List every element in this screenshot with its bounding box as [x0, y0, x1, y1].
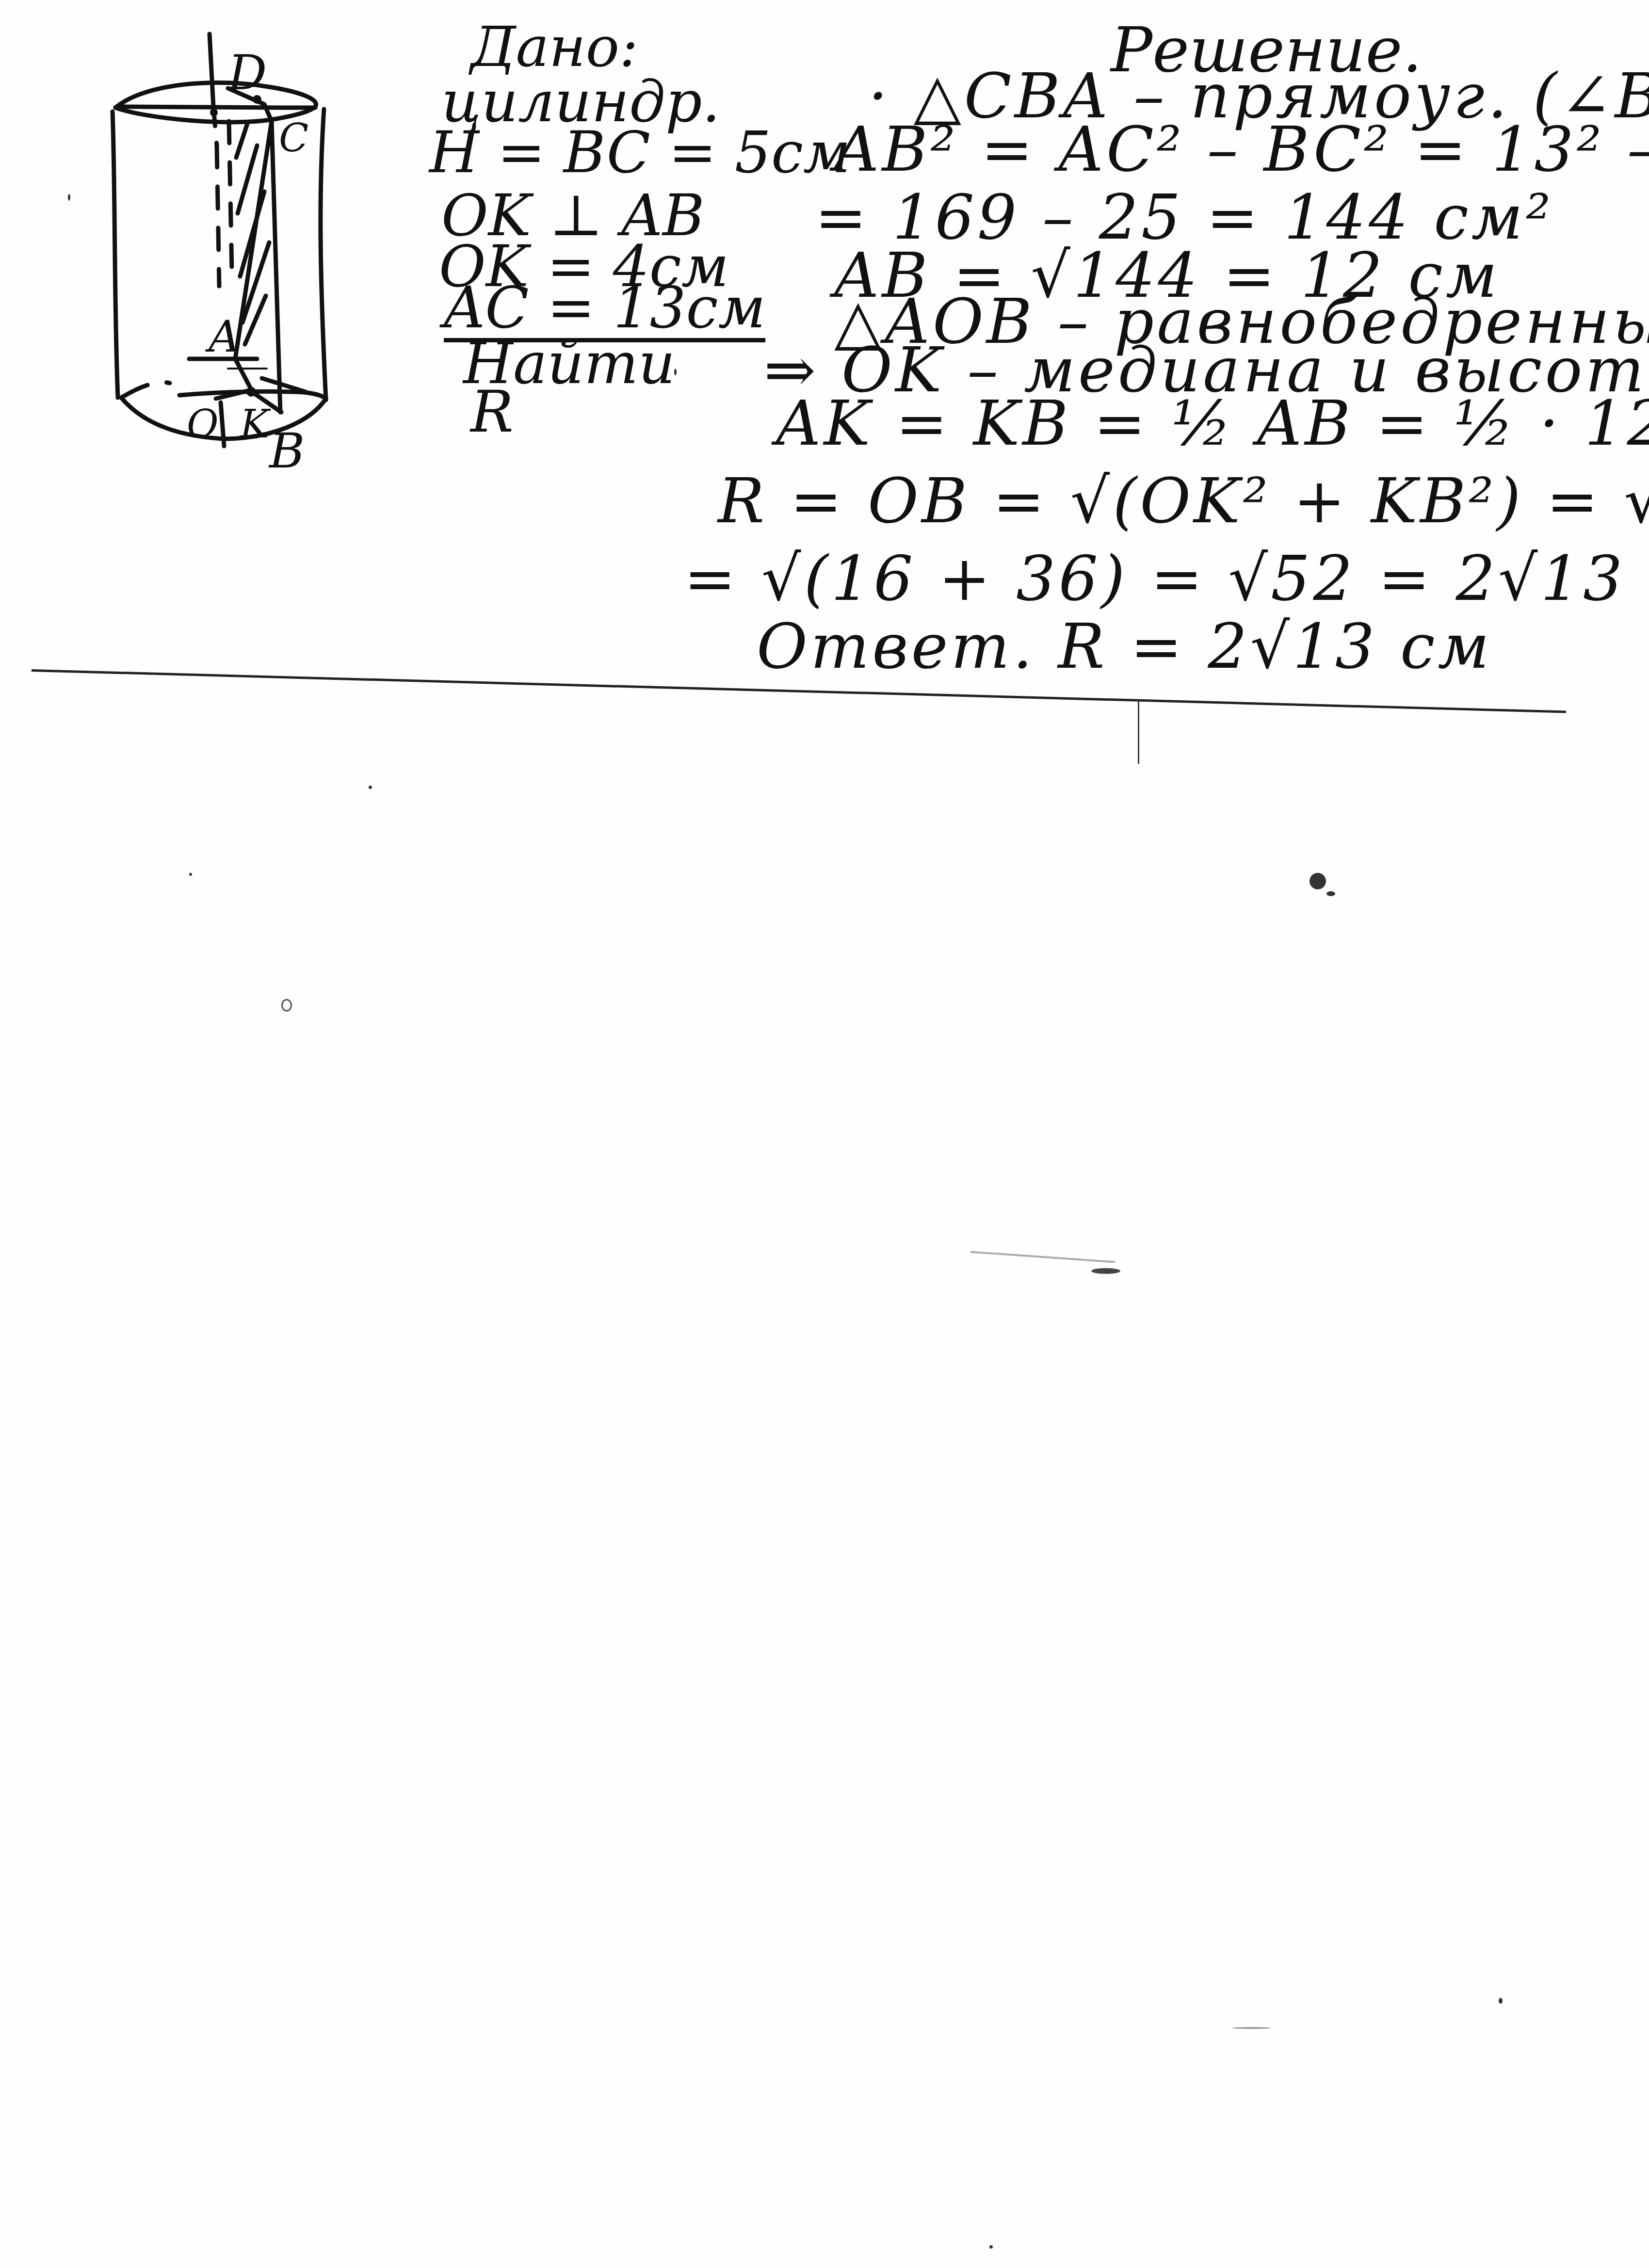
- find-value: R: [470, 383, 514, 440]
- label-k: K: [240, 405, 269, 444]
- scan-speck: [970, 1251, 1115, 1263]
- label-c: C: [279, 119, 308, 158]
- scan-speck: [369, 786, 372, 789]
- solution-line: AK = KB = ½ AB = ½ · 12 = 6 см: [776, 393, 1649, 455]
- scanned-page: D C A O K B Дано: цилиндр. H = BC = 5см …: [0, 0, 1649, 2268]
- ink-blot: [1309, 873, 1326, 889]
- scan-speck: [1499, 1998, 1503, 2004]
- given-line: H = BC = 5см: [429, 124, 851, 181]
- vertical-divider: [1138, 701, 1139, 764]
- label-a: A: [209, 315, 240, 359]
- scan-speck: [281, 999, 292, 1012]
- solution-line: = √(16 + 36) = √52 = 2√13 (см): [684, 548, 1649, 610]
- given-heading: Дано:: [470, 19, 638, 75]
- scan-speck: [68, 194, 70, 201]
- answer-line: Ответ. R = 2√13 см: [757, 616, 1492, 678]
- scan-speck: [674, 369, 677, 375]
- ink-blot: [1326, 891, 1335, 896]
- label-b: B: [269, 427, 305, 475]
- scan-speck: [989, 2245, 993, 2249]
- label-d: D: [228, 48, 267, 97]
- solution-line: R = OB = √(OK² + KB²) = √(4² + 6²) =: [718, 470, 1649, 532]
- scan-speck: [1232, 2027, 1271, 2029]
- scan-speck: [1091, 1268, 1120, 1274]
- scan-speck: [189, 873, 192, 876]
- label-o: O: [187, 405, 219, 444]
- solution-line: AB² = AC² – BC² = 13² – 5² =: [834, 119, 1649, 181]
